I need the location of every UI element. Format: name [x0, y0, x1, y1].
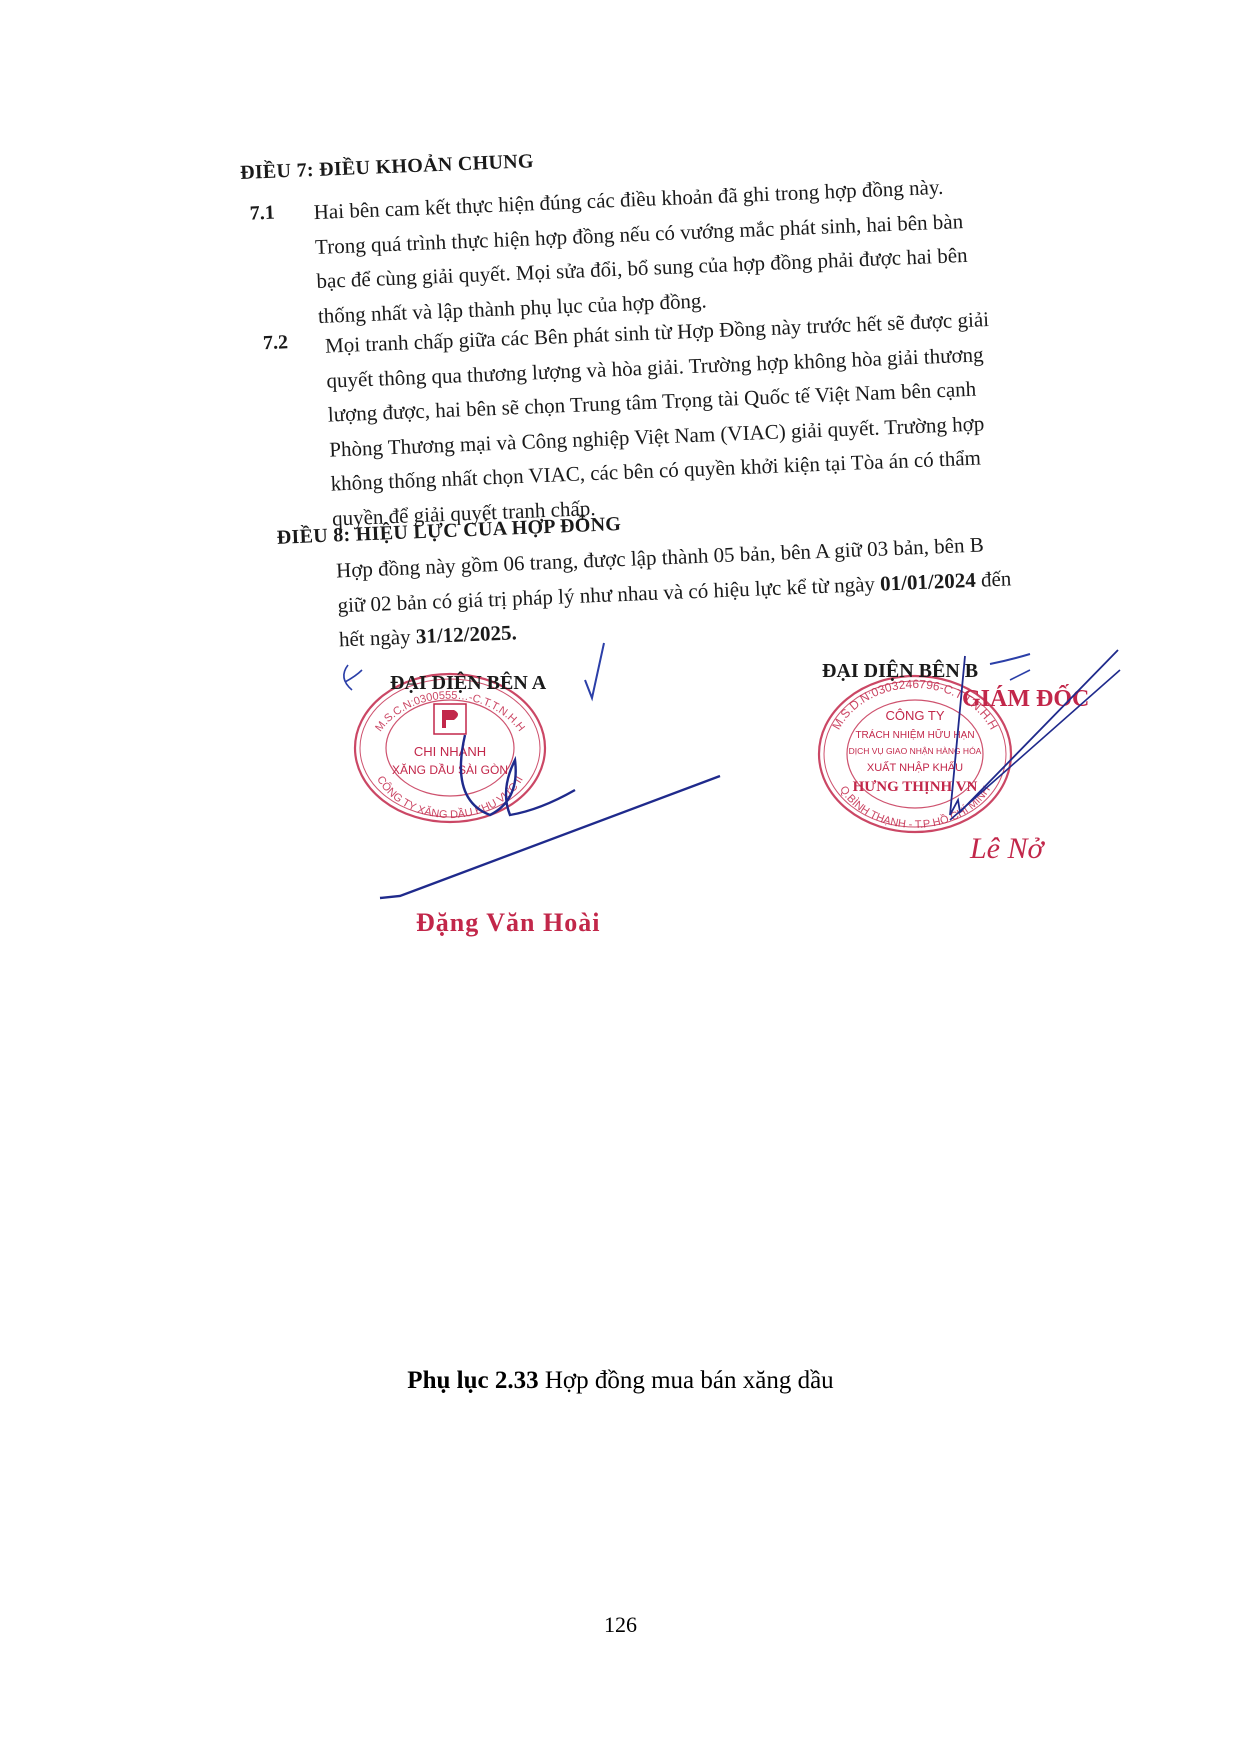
text-fragment: đến — [975, 566, 1012, 591]
appendix-label: Phụ lục 2.33 — [407, 1367, 538, 1394]
stamp-b-inner-line1: CÔNG TY — [886, 708, 945, 723]
svg-text:CÔNG TY XĂNG DẦU KHU VỰC II: CÔNG TY XĂNG DẦU KHU VỰC II — [374, 774, 526, 821]
stamp-a-inner-line2: XĂNG DẦU SÀI GÒN — [392, 762, 508, 777]
stamp-a-inner-line1: CHI NHÁNH — [414, 744, 486, 759]
party-a-signer-name: Đặng Văn Hoài — [416, 908, 600, 938]
clause-7-2-text: Mọi tranh chấp giữa các Bên phát sinh từ… — [324, 298, 1092, 535]
start-date: 01/01/2024 — [880, 567, 977, 595]
scanned-contract-page: ĐIỀU 7: ĐIỀU KHOẢN CHUNG 7.1 Hai bên cam… — [0, 0, 1241, 1000]
party-b-title: GIÁM ĐỐC — [962, 686, 1089, 713]
appendix-caption: Phụ lục 2.33 Hợp đồng mua bán xăng dầu — [0, 1367, 1241, 1395]
article-7-heading: ĐIỀU 7: ĐIỀU KHOẢN CHUNG — [240, 150, 535, 185]
stamp-b-inner-line5: HƯNG THỊNH VN — [853, 779, 978, 795]
party-a-representative-label: ĐẠI DIỆN BÊN A — [390, 672, 546, 695]
text-fragment: hết ngày — [338, 624, 416, 651]
stamp-b-inner-line2: TRÁCH NHIỆM HỮU HẠN — [855, 728, 974, 741]
party-b-representative-label: ĐẠI DIỆN BÊN B — [822, 660, 978, 683]
stamp-b-inner-line4: XUẤT NHẬP KHẨU — [867, 761, 963, 774]
page-number: 126 — [0, 1612, 1241, 1638]
party-b-signer-name: Lê Nở — [970, 832, 1044, 866]
stamp-a-outer-bottom: CÔNG TY XĂNG DẦU KHU VỰC II — [374, 774, 526, 821]
clause-7-1-number: 7.1 — [249, 202, 275, 226]
stamp-b-inner-line3: DỊCH VỤ GIAO NHẬN HÀNG HÓA — [849, 746, 982, 756]
end-date: 31/12/2025. — [415, 620, 517, 648]
clause-7-2-number: 7.2 — [263, 331, 289, 355]
appendix-title: Hợp đồng mua bán xăng dầu — [539, 1367, 834, 1394]
